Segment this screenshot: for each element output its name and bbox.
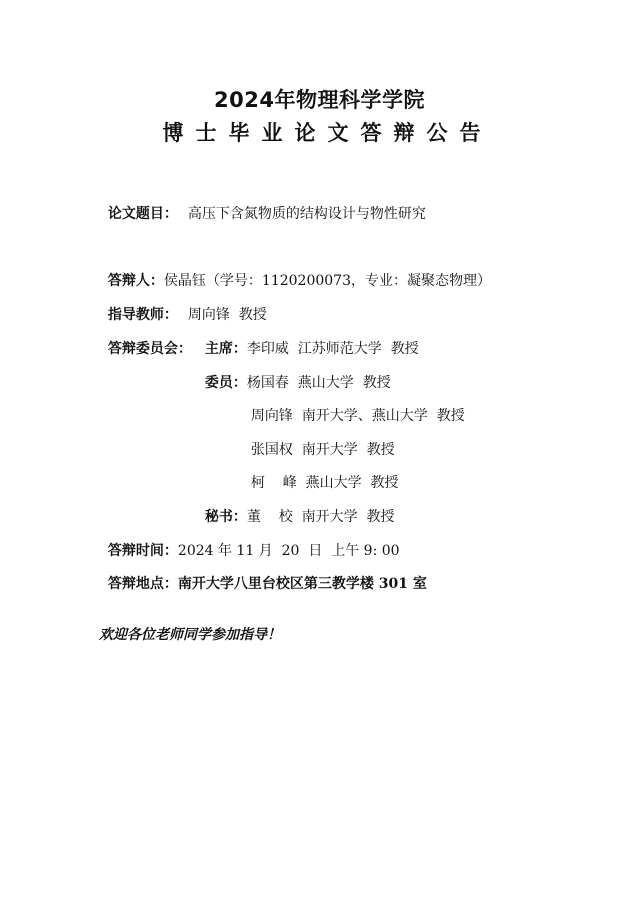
time-row: 答辩时间：2024 年 11 月 20 日 上午 9: 00 <box>99 524 400 560</box>
committee-member-row: 委员：杨国春 燕山大学 教授 <box>196 356 391 392</box>
candidate-row: 答辩人：侯晶钰（学号：1120200073，专业：凝聚态物理） <box>99 254 491 290</box>
thesis-row: 论文题目：高压下含氮物质的结构设计与物性研究 <box>99 187 426 223</box>
location-room: 301 <box>379 576 408 592</box>
thesis-label: 论文题目： <box>108 206 178 222</box>
title-line-1: 2024年物理科学学院 <box>0 84 639 114</box>
committee-member-row: 张国权 南开大学 教授 <box>242 423 395 459</box>
secretary-row: 秘书：董 校 南开大学 教授 <box>196 490 395 526</box>
title-line-2: 博士毕业论文答辩公告 <box>0 117 639 147</box>
chair-value: 李印威 江苏师范大学 教授 <box>247 341 419 357</box>
members-label: 委员： <box>205 375 247 391</box>
committee-row: 答辩委员会： <box>99 322 192 358</box>
chair-label: 主席： <box>205 341 247 357</box>
advisor-value: 周向锋 教授 <box>188 307 267 323</box>
location-value: 南开大学八里台校区第三教学楼 <box>178 576 379 592</box>
welcome-message: 欢迎各位老师同学参加指导！ <box>99 626 281 644</box>
committee-label: 答辩委员会： <box>108 341 192 357</box>
secretary-label: 秘书： <box>205 509 247 525</box>
committee-member-row: 柯 峰 燕山大学 教授 <box>242 456 399 492</box>
member-value: 柯 峰 燕山大学 教授 <box>251 475 399 491</box>
advisor-label: 指导教师： <box>108 307 178 323</box>
member-value: 周向锋 南开大学、燕山大学 教授 <box>251 408 465 424</box>
location-suffix: 室 <box>408 576 427 592</box>
candidate-value: 侯晶钰（学号：1120200073，专业：凝聚态物理） <box>164 273 491 289</box>
advisor-row: 指导教师：周向锋 教授 <box>99 288 267 324</box>
location-row: 答辩地点：南开大学八里台校区第三教学楼 301 室 <box>99 557 427 593</box>
thesis-title: 高压下含氮物质的结构设计与物性研究 <box>188 206 426 222</box>
secretary-value: 董 校 南开大学 教授 <box>247 509 395 525</box>
candidate-label: 答辩人： <box>108 273 164 289</box>
committee-member-row: 周向锋 南开大学、燕山大学 教授 <box>242 389 465 425</box>
location-label: 答辩地点： <box>108 576 178 592</box>
committee-chair-row: 主席：李印威 江苏师范大学 教授 <box>196 322 419 358</box>
